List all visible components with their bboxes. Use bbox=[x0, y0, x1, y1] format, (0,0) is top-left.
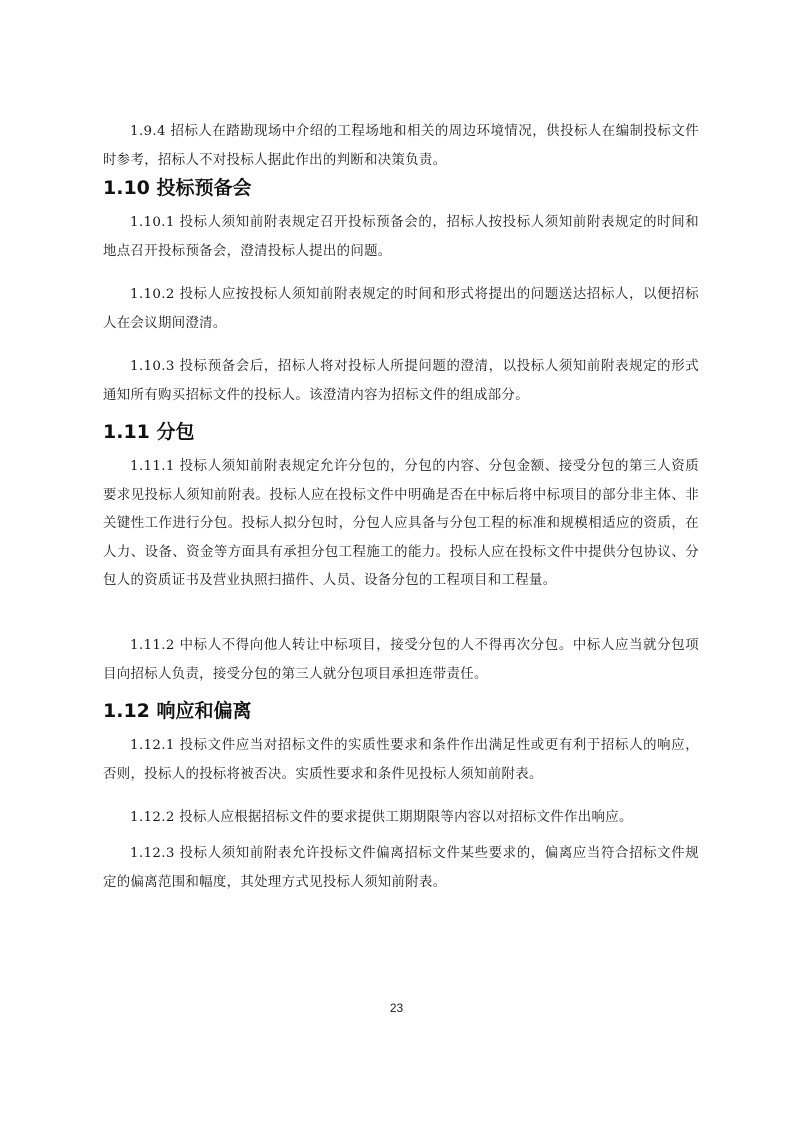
heading-1-10: 1.10 投标预备会 bbox=[103, 174, 699, 202]
paragraph-text: 1.12.3 投标人须知前附表允许投标文件偏离招标文件某些要求的，偏离应当符合招… bbox=[103, 840, 699, 897]
paragraph-1-12-1: 1.12.1 投标文件应当对招标文件的实质性要求和条件作出满足性或更有利于招标人… bbox=[103, 732, 699, 789]
section-heading: 1.12 响应和偏离 bbox=[103, 697, 699, 725]
paragraph-1-11-1: 1.11.1 投标人须知前附表规定允许分包的，分包的内容、分包金额、接受分包的第… bbox=[103, 453, 699, 596]
paragraph-1-9-4: 1.9.4 招标人在踏勘现场中介绍的工程场地和相关的周边环境情况，供投标人在编制… bbox=[103, 118, 699, 175]
paragraph-1-12-3: 1.12.3 投标人须知前附表允许投标文件偏离招标文件某些要求的，偏离应当符合招… bbox=[103, 840, 699, 897]
paragraph-1-10-3: 1.10.3 投标预备会后，招标人将对投标人所提问题的澄清，以投标人须知前附表规… bbox=[103, 353, 699, 410]
paragraph-text: 1.12.2 投标人应根据招标文件的要求提供工期期限等内容以对招标文件作出响应。 bbox=[103, 804, 699, 833]
paragraph-1-10-1: 1.10.1 投标人须知前附表规定召开投标预备会的，招标人按投标人须知前附表规定… bbox=[103, 209, 699, 266]
section-heading: 1.10 投标预备会 bbox=[103, 174, 699, 202]
paragraph-text: 1.10.3 投标预备会后，招标人将对投标人所提问题的澄清，以投标人须知前附表规… bbox=[103, 353, 699, 410]
paragraph-text: 1.11.1 投标人须知前附表规定允许分包的，分包的内容、分包金额、接受分包的第… bbox=[103, 453, 699, 596]
paragraph-1-11-2: 1.11.2 中标人不得向他人转让中标项目，接受分包的人不得再次分包。中标人应当… bbox=[103, 632, 699, 689]
paragraph-text: 1.12.1 投标文件应当对招标文件的实质性要求和条件作出满足性或更有利于招标人… bbox=[103, 732, 699, 789]
section-heading: 1.11 分包 bbox=[103, 418, 699, 446]
paragraph-text: 1.10.1 投标人须知前附表规定召开投标预备会的，招标人按投标人须知前附表规定… bbox=[103, 209, 699, 266]
heading-1-11: 1.11 分包 bbox=[103, 418, 699, 446]
paragraph-text: 1.11.2 中标人不得向他人转让中标项目，接受分包的人不得再次分包。中标人应当… bbox=[103, 632, 699, 689]
page-number: 23 bbox=[0, 1001, 793, 1015]
heading-1-12: 1.12 响应和偏离 bbox=[103, 697, 699, 725]
paragraph-text: 1.10.2 投标人应按投标人须知前附表规定的时间和形式将提出的问题送达招标人，… bbox=[103, 281, 699, 338]
paragraph-text: 1.9.4 招标人在踏勘现场中介绍的工程场地和相关的周边环境情况，供投标人在编制… bbox=[103, 118, 699, 175]
paragraph-1-10-2: 1.10.2 投标人应按投标人须知前附表规定的时间和形式将提出的问题送达招标人，… bbox=[103, 281, 699, 338]
paragraph-1-12-2: 1.12.2 投标人应根据招标文件的要求提供工期期限等内容以对招标文件作出响应。 bbox=[103, 804, 699, 833]
